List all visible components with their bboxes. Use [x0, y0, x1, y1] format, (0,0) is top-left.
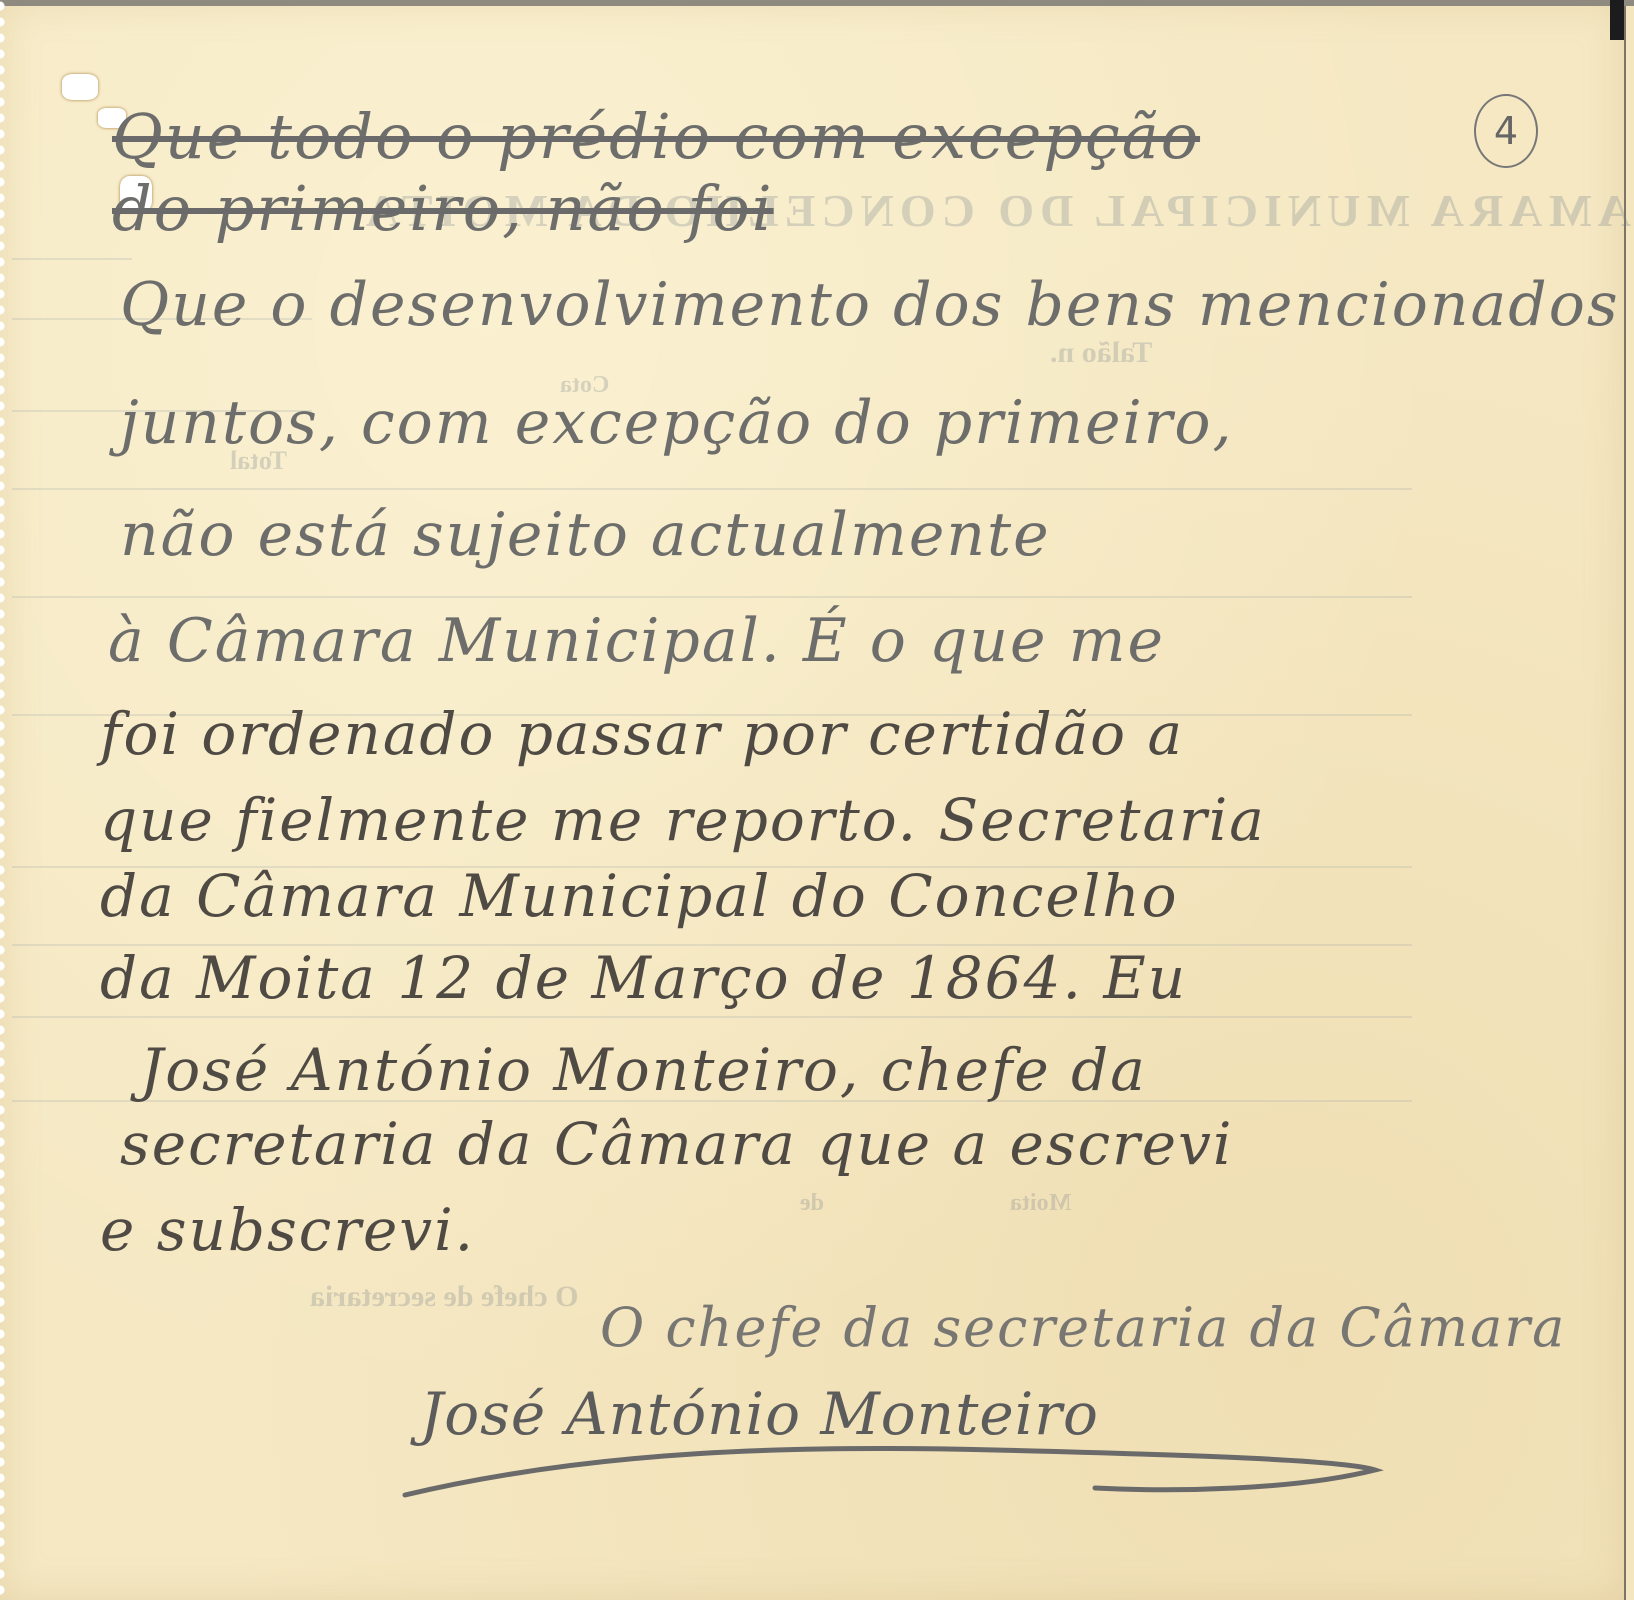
body-line: da Moita 12 de Março de 1864. Eu	[100, 944, 1187, 1012]
page-number-circle: 4	[1474, 94, 1538, 168]
signature-flourish	[395, 1440, 1395, 1500]
document-page: CAMARA MUNICIPAL DO CONCELHO DA MOITA Ta…	[0, 0, 1626, 1600]
perforated-edge	[0, 0, 10, 1600]
showthrough-label: de	[800, 1190, 824, 1217]
struck-line: do primeiro, não foi	[112, 172, 774, 245]
body-line: que fielmente me reporto. Secretaria	[100, 786, 1266, 854]
body-line: Que o desenvolvimento dos bens mencionad…	[120, 270, 1620, 340]
signature: José António Monteiro	[420, 1380, 1099, 1448]
showthrough-rule	[12, 488, 1412, 490]
punch-hole	[62, 74, 98, 100]
body-line: à Câmara Municipal. É o que me	[108, 606, 1165, 676]
body-line: juntos, com excepção do primeiro,	[120, 388, 1234, 458]
body-line: e subscrevi.	[100, 1196, 475, 1264]
showthrough-rule	[12, 258, 132, 260]
body-line: não está sujeito actualmente	[120, 500, 1051, 570]
body-line: secretaria da Câmara que a escrevi	[120, 1110, 1233, 1178]
showthrough-label: Talão n.	[1050, 336, 1152, 370]
showthrough-rule	[12, 1016, 1412, 1018]
body-line: da Câmara Municipal do Concelho	[100, 862, 1179, 930]
showthrough-footer: O chefe de secretaria	[310, 1280, 579, 1314]
body-line: foi ordenado passar por certidão a	[100, 700, 1184, 768]
showthrough-rule	[12, 596, 1412, 598]
closing-line: O chefe da secretaria da Câmara	[600, 1296, 1566, 1359]
scan-top-edge	[0, 0, 1634, 6]
struck-line: Que todo o prédio com excepção	[112, 100, 1200, 173]
body-line: José António Monteiro, chefe da	[140, 1036, 1147, 1104]
scan-corner-shadow	[1610, 0, 1624, 40]
showthrough-label: Moita	[1010, 1190, 1071, 1217]
